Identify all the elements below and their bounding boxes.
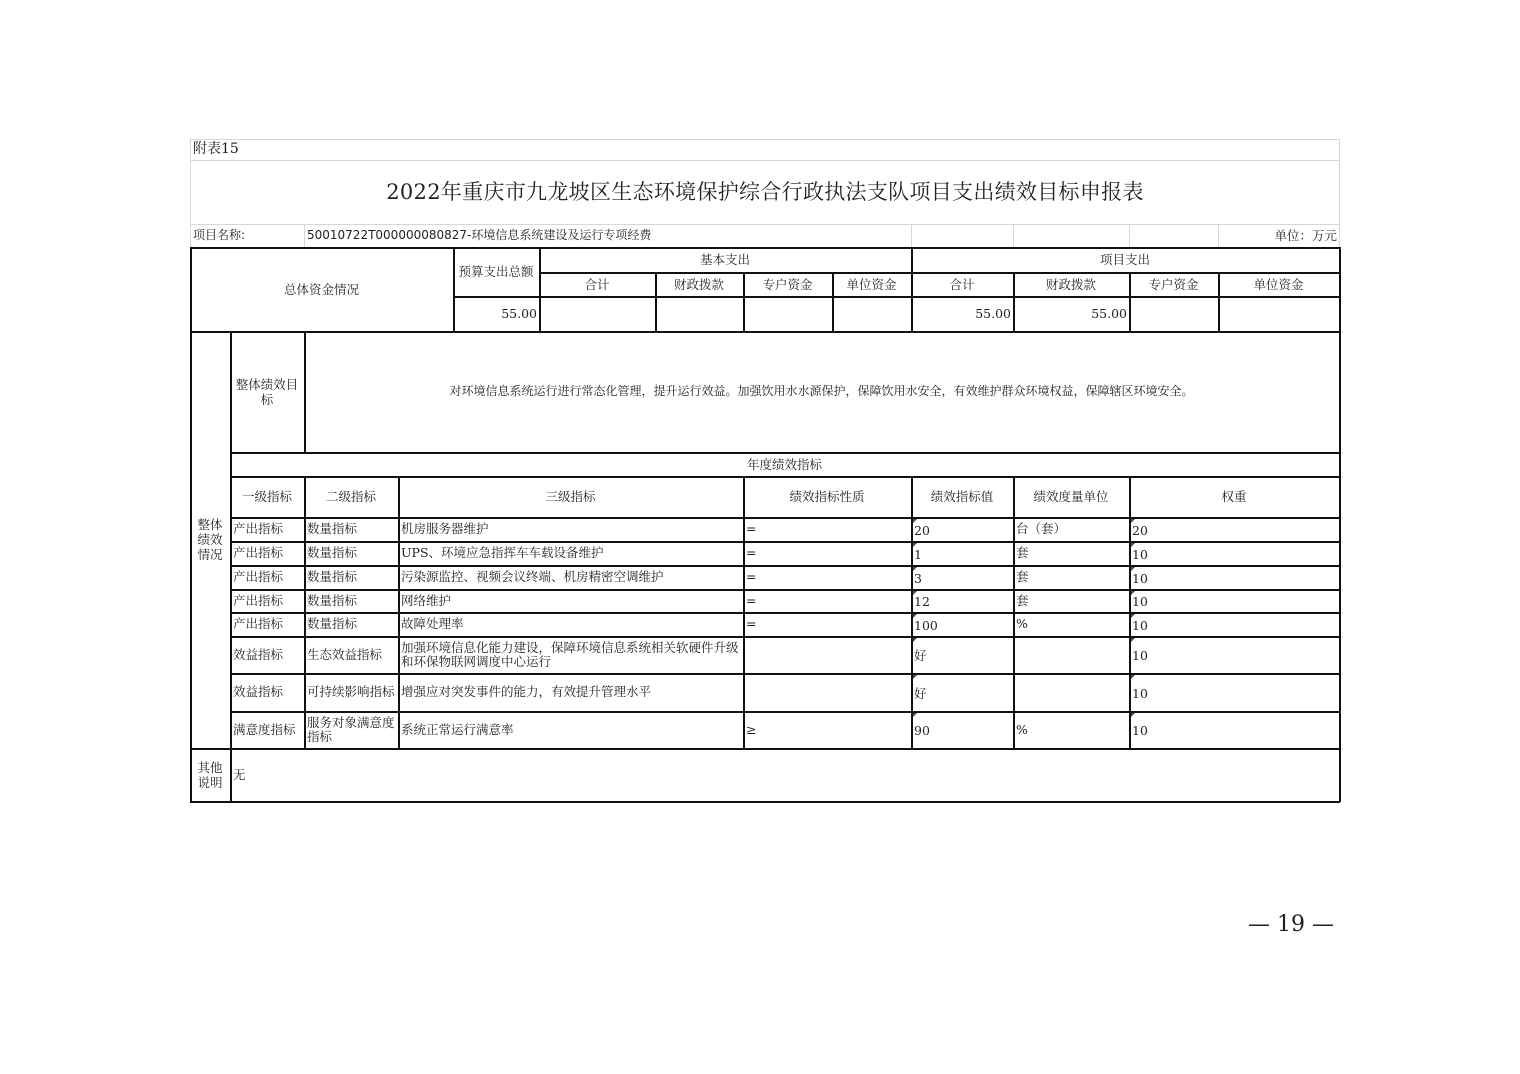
- indicator-unit: 套: [1013, 565, 1129, 589]
- basic-total-value: [539, 296, 655, 331]
- project-name-value: 50010722T000000080827-环境信息系统建设及运行专项经费: [304, 224, 911, 247]
- basic-total-header: 合计: [539, 272, 655, 296]
- basic-expense-label: 基本支出: [539, 247, 911, 272]
- indicator-value: 20: [911, 517, 1013, 541]
- goal-label: 整体绩效目标: [230, 331, 304, 452]
- border-line: [190, 801, 1340, 803]
- indicator-level3: 网络维护: [398, 589, 743, 612]
- col-header-value: 绩效指标值: [911, 476, 1013, 517]
- col-header-unit: 绩效度量单位: [1013, 476, 1129, 517]
- funding-section-label: 总体资金情况: [190, 247, 453, 331]
- indicator-value: 好: [911, 636, 1013, 673]
- indicator-level3: UPS、环境应急指挥车车载设备维护: [398, 541, 743, 565]
- border-line: [743, 272, 745, 332]
- indicator-value: 1: [911, 541, 1013, 565]
- border-line: [190, 247, 1340, 249]
- indicator-level2: 数量指标: [304, 589, 398, 612]
- border-line: [230, 517, 1340, 519]
- indicator-level1: 满意度指标: [230, 711, 304, 748]
- basic-special-header: 专户资金: [743, 272, 832, 296]
- cell-comment-marker-icon: [1130, 637, 1136, 643]
- indicator-weight: 10: [1129, 673, 1339, 711]
- indicator-nature: [743, 636, 911, 673]
- project-fiscal-header: 财政拨款: [1013, 272, 1129, 296]
- indicator-level1: 产出指标: [230, 541, 304, 565]
- project-fiscal-value: 55.00: [1013, 296, 1129, 331]
- gridline: [1013, 224, 1014, 247]
- cell-comment-marker-icon: [912, 566, 918, 572]
- border-line: [190, 748, 1340, 750]
- project-unit-value: [1218, 296, 1339, 331]
- indicator-level2: 服务对象满意度指标: [304, 711, 398, 748]
- project-special-header: 专户资金: [1129, 272, 1218, 296]
- border-line: [230, 476, 1340, 478]
- indicator-level3: 加强环境信息化能力建设，保障环境信息系统相关软硬件升级和环保物联网调度中心运行: [398, 636, 743, 673]
- cell-comment-marker-icon: [912, 637, 918, 643]
- indicator-value: 12: [911, 589, 1013, 612]
- border-line: [304, 331, 306, 453]
- indicator-level2: 数量指标: [304, 612, 398, 636]
- border-line: [655, 272, 657, 332]
- project-total-value: 55.00: [911, 296, 1013, 331]
- budget-total-value: 55.00: [453, 296, 539, 331]
- project-unit-header: 单位资金: [1218, 272, 1339, 296]
- other-notes-label: 其他说明: [190, 748, 230, 801]
- border-line: [230, 673, 1340, 675]
- border-line: [230, 331, 232, 802]
- indicator-level2: 数量指标: [304, 565, 398, 589]
- basic-unit-value: [832, 296, 911, 331]
- basic-fiscal-value: [655, 296, 743, 331]
- border-line: [398, 476, 400, 749]
- indicator-weight: 10: [1129, 541, 1339, 565]
- border-line: [1013, 272, 1015, 332]
- border-line: [230, 565, 1340, 567]
- project-name-label: 项目名称:: [190, 224, 304, 247]
- col-header-weight: 权重: [1129, 476, 1339, 517]
- border-line: [1218, 272, 1220, 332]
- border-line: [190, 331, 1340, 333]
- indicator-level2: 数量指标: [304, 541, 398, 565]
- border-line: [230, 711, 1340, 713]
- page-title: 2022年重庆市九龙坡区生态环境保护综合行政执法支队项目支出绩效目标申报表: [190, 160, 1340, 224]
- project-expense-label: 项目支出: [911, 247, 1339, 272]
- indicator-nature: =: [743, 612, 911, 636]
- cell-comment-marker-icon: [912, 674, 918, 680]
- cell-comment-marker-icon: [1130, 590, 1136, 596]
- border-line: [230, 636, 1340, 638]
- indicator-weight: 10: [1129, 612, 1339, 636]
- border-line: [453, 247, 455, 332]
- annual-indicators-label: 年度绩效指标: [230, 452, 1339, 476]
- indicator-unit: 套: [1013, 541, 1129, 565]
- cell-comment-marker-icon: [912, 613, 918, 619]
- indicator-unit: %: [1013, 612, 1129, 636]
- gridline: [911, 224, 912, 247]
- unit-label: 单位：万元: [1218, 224, 1339, 247]
- cell-comment-marker-icon: [1130, 613, 1136, 619]
- col-header-nature: 绩效指标性质: [743, 476, 911, 517]
- border-line: [230, 452, 1340, 454]
- col-header-level2: 二级指标: [304, 476, 398, 517]
- indicator-nature: =: [743, 517, 911, 541]
- indicator-unit: [1013, 636, 1129, 673]
- indicator-level2: 生态效益指标: [304, 636, 398, 673]
- basic-unit-header: 单位资金: [832, 272, 911, 296]
- other-notes-value: 无: [230, 748, 1339, 801]
- cell-comment-marker-icon: [1130, 566, 1136, 572]
- cell-comment-marker-icon: [912, 542, 918, 548]
- border-line: [911, 476, 913, 749]
- indicator-level3: 故障处理率: [398, 612, 743, 636]
- indicator-weight: 20: [1129, 517, 1339, 541]
- border-line: [304, 476, 306, 749]
- goal-text: 对环境信息系统运行进行常态化管理，提升运行效益。加强饮用水水源保护，保障饮用水安…: [304, 331, 1339, 452]
- basic-special-value: [743, 296, 832, 331]
- project-total-header: 合计: [911, 272, 1013, 296]
- indicator-nature: [743, 673, 911, 711]
- indicator-level1: 效益指标: [230, 673, 304, 711]
- border-line: [743, 476, 745, 749]
- document-page: 附表15 2022年重庆市九龙坡区生态环境保护综合行政执法支队项目支出绩效目标申…: [0, 0, 1520, 1074]
- indicator-value: 好: [911, 673, 1013, 711]
- indicator-nature: =: [743, 589, 911, 612]
- indicator-unit: %: [1013, 711, 1129, 748]
- border-line: [1129, 476, 1131, 749]
- page-number: — 19 —: [1236, 912, 1346, 937]
- indicator-weight: 10: [1129, 711, 1339, 748]
- appendix-label: 附表15: [190, 139, 490, 160]
- indicator-level2: 可持续影响指标: [304, 673, 398, 711]
- gridline: [1129, 224, 1130, 247]
- border-line: [911, 247, 913, 332]
- indicator-level1: 产出指标: [230, 589, 304, 612]
- cell-comment-marker-icon: [1130, 542, 1136, 548]
- indicator-level1: 产出指标: [230, 612, 304, 636]
- indicator-weight: 10: [1129, 636, 1339, 673]
- indicator-value: 100: [911, 612, 1013, 636]
- cell-comment-marker-icon: [912, 518, 918, 524]
- border-line: [230, 589, 1340, 591]
- indicator-level3: 机房服务器维护: [398, 517, 743, 541]
- indicator-level1: 效益指标: [230, 636, 304, 673]
- indicator-unit: 台（套）: [1013, 517, 1129, 541]
- indicator-value: 90: [911, 711, 1013, 748]
- indicator-nature: ≥: [743, 711, 911, 748]
- col-header-level1: 一级指标: [230, 476, 304, 517]
- cell-comment-marker-icon: [1130, 712, 1136, 718]
- cell-comment-marker-icon: [1130, 518, 1136, 524]
- indicator-level3: 系统正常运行满意率: [398, 711, 743, 748]
- indicator-weight: 10: [1129, 589, 1339, 612]
- border-line: [539, 247, 541, 332]
- indicator-nature: =: [743, 565, 911, 589]
- border-line: [1129, 272, 1131, 332]
- indicator-weight: 10: [1129, 565, 1339, 589]
- indicator-level3: 污染源监控、视频会议终端、机房精密空调维护: [398, 565, 743, 589]
- border-line: [230, 541, 1340, 543]
- border-line: [1013, 476, 1015, 749]
- border-line: [230, 612, 1340, 614]
- indicator-unit: [1013, 673, 1129, 711]
- border-line: [453, 296, 1340, 298]
- indicator-nature: =: [743, 541, 911, 565]
- indicator-level3: 增强应对突发事件的能力，有效提升管理水平: [398, 673, 743, 711]
- performance-side-label: 整体绩效情况: [190, 331, 230, 748]
- cell-comment-marker-icon: [1130, 674, 1136, 680]
- cell-comment-marker-icon: [912, 712, 918, 718]
- col-header-level3: 三级指标: [398, 476, 743, 517]
- indicator-value: 3: [911, 565, 1013, 589]
- border-line: [832, 272, 834, 332]
- indicator-level1: 产出指标: [230, 517, 304, 541]
- indicator-unit: 套: [1013, 589, 1129, 612]
- budget-total-label: 预算支出总额: [453, 247, 539, 296]
- project-special-value: [1129, 296, 1218, 331]
- indicator-level2: 数量指标: [304, 517, 398, 541]
- cell-comment-marker-icon: [912, 590, 918, 596]
- border-line: [539, 272, 1340, 274]
- indicator-level1: 产出指标: [230, 565, 304, 589]
- basic-fiscal-header: 财政拨款: [655, 272, 743, 296]
